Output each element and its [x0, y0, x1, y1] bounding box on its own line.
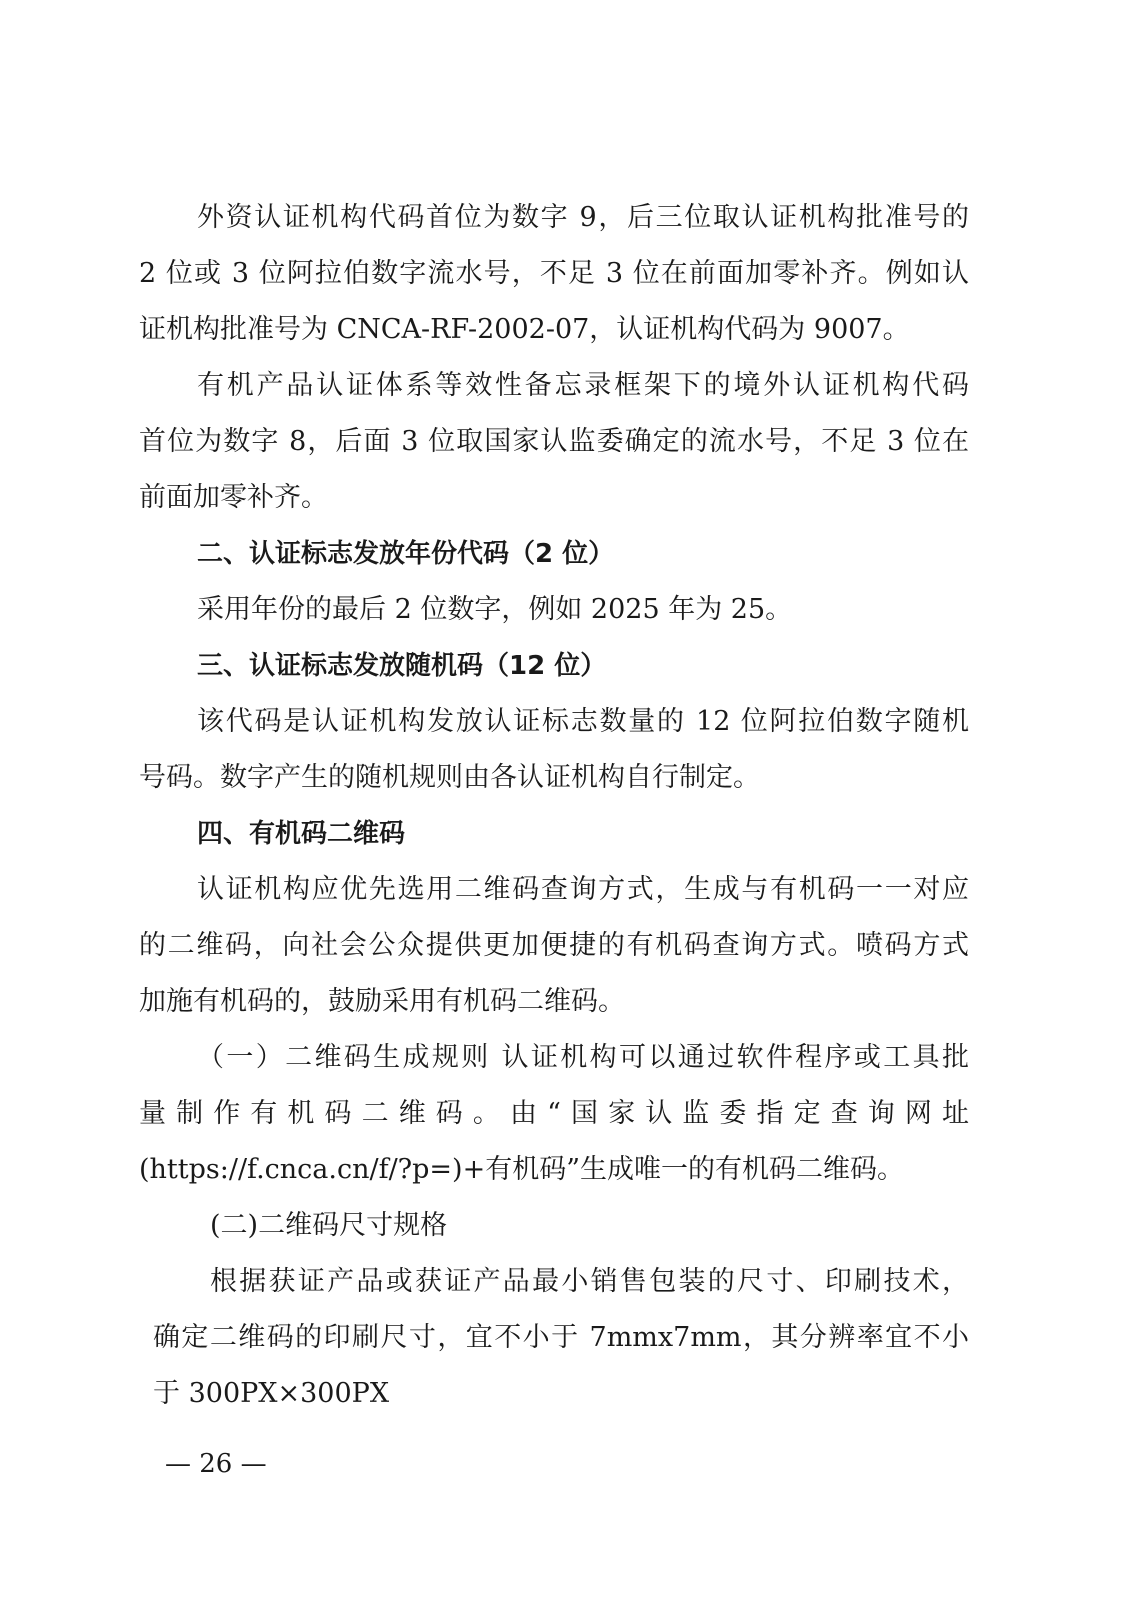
paragraph-line: 根据获证产品或获证产品最小销售包装的尺寸、印刷技术， — [210, 1265, 969, 1299]
paragraph-line: (https://f.cnca.cn/f/?p=)+有机码”生成唯一的有机码二维… — [139, 1153, 904, 1187]
paragraph-line: 证机构批准号为 CNCA-RF-2002-07，认证机构代码为 9007。 — [139, 313, 910, 347]
paragraph-line: 该代码是认证机构发放认证标志数量的 12 位阿拉伯数字随机 — [197, 705, 969, 739]
paragraph-line: 确定二维码的印刷尺寸，宜不小于 7mmx7mm，其分辨率宜不小 — [153, 1321, 969, 1355]
paragraph-line: 2 位或 3 位阿拉伯数字流水号，不足 3 位在前面加零补齐。例如认 — [139, 257, 969, 291]
paragraph-line: 量制作有机码二维码。由“国家认监委指定查询网址 — [139, 1097, 969, 1131]
paragraph-line: 有机产品认证体系等效性备忘录框架下的境外认证机构代码 — [197, 369, 969, 403]
section-heading-qr-code: 四、有机码二维码 — [197, 817, 405, 851]
page-number: — 26 — — [165, 1448, 267, 1480]
paragraph-line: 于 300PX×300PX — [153, 1377, 389, 1411]
paragraph-line: 采用年份的最后 2 位数字，例如 2025 年为 25。 — [197, 593, 792, 627]
paragraph-line: （一）二维码生成规则 认证机构可以通过软件程序或工具批 — [197, 1041, 969, 1075]
paragraph-line: 加施有机码的，鼓励采用有机码二维码。 — [139, 985, 625, 1019]
paragraph-line: 的二维码，向社会公众提供更加便捷的有机码查询方式。喷码方式 — [139, 929, 969, 963]
section-heading-random-code: 三、认证标志发放随机码（12 位） — [197, 649, 606, 683]
document-page: 外资认证机构代码首位为数字 9，后三位取认证机构批准号的 2 位或 3 位阿拉伯… — [0, 0, 1131, 1600]
section-heading-year-code: 二、认证标志发放年份代码（2 位） — [197, 537, 614, 571]
paragraph-line: 前面加零补齐。 — [139, 481, 328, 515]
subsection-heading-qr-size: (二)二维码尺寸规格 — [210, 1209, 447, 1243]
paragraph-line: 认证机构应优先选用二维码查询方式，生成与有机码一一对应 — [197, 873, 969, 907]
paragraph-line: 号码。数字产生的随机规则由各认证机构自行制定。 — [139, 761, 760, 795]
paragraph-line: 外资认证机构代码首位为数字 9，后三位取认证机构批准号的 — [197, 201, 969, 235]
paragraph-line: 首位为数字 8，后面 3 位取国家认监委确定的流水号，不足 3 位在 — [139, 425, 969, 459]
